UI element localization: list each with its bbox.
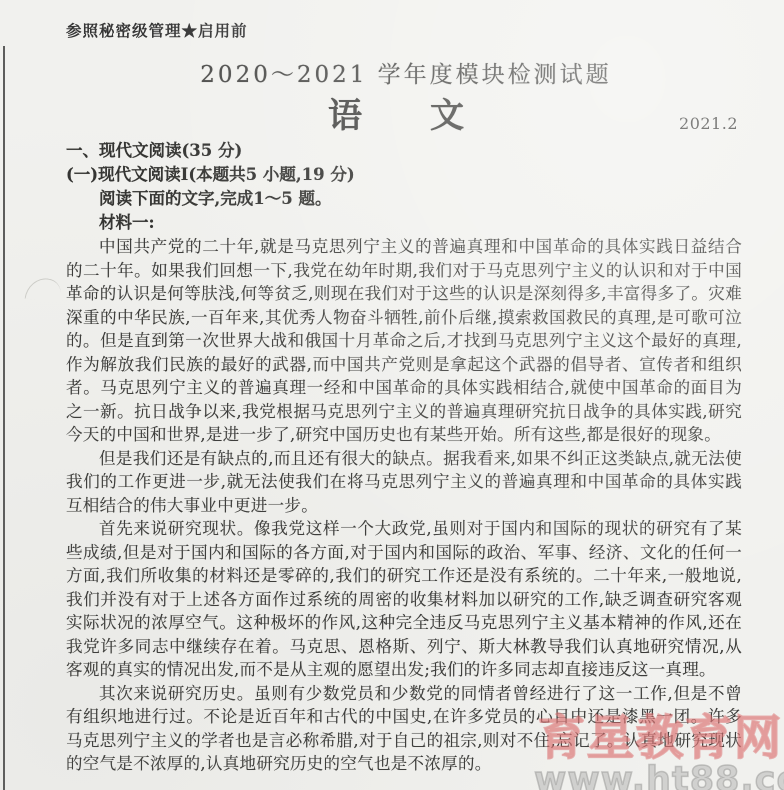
scanned-exam-page: 参照秘密级管理★启用前 2020～2021 学年度模块检测试题 语 文 2021… <box>0 0 784 790</box>
section-heading: 一、现代文阅读(35 分) <box>66 139 742 163</box>
subsection-heading: (一)现代文阅读Ⅰ(本题共5 小题,19 分) <box>66 163 742 187</box>
material-paragraph-3: 首先来说研究现状。像我党这样一个大政党,虽则对于国内和国际的现状的研究有了某些成… <box>66 517 742 682</box>
exam-session-title: 2020～2021 学年度模块检测试题 <box>14 56 784 89</box>
exam-date: 2021.2 <box>679 114 738 133</box>
reading-instruction: 阅读下面的文字,完成1～5 题。 <box>66 187 742 211</box>
exam-body: 一、现代文阅读(35 分) (一)现代文阅读Ⅰ(本题共5 小题,19 分) 阅读… <box>66 139 742 776</box>
security-notice: 参照秘密级管理★启用前 <box>66 19 248 41</box>
scan-edge-line <box>3 46 5 790</box>
material-paragraph-2: 但是我们还是有缺点的,而且还有很大的缺点。据我看来,如果不纠正这类缺点,就无法使… <box>66 447 742 518</box>
subject-title: 语 文 <box>4 88 784 137</box>
material-label: 材料一: <box>66 211 742 235</box>
scan-stray-mark <box>25 276 63 304</box>
material-paragraph-4: 其次来说研究历史。虽则有少数党员和少数党的同情者曾经进行了这一工作,但是不曾有组… <box>66 682 742 776</box>
material-paragraph-1: 中国共产党的二十年,就是马克思列宁主义的普遍真理和中国革命的具体实践日益结合的二… <box>66 235 742 447</box>
